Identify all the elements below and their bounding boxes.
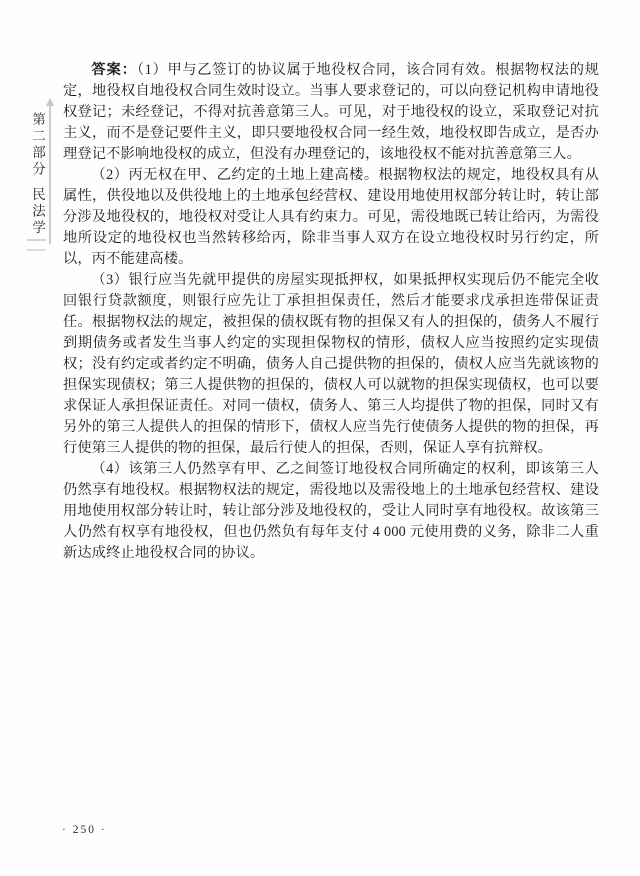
answer-label: 答案：	[91, 62, 137, 78]
section-sidebar: 第二部分 民法学	[0, 0, 60, 300]
section-part-label: 第二部分	[27, 112, 47, 178]
page-number: · 250 ·	[62, 824, 107, 836]
paragraph-3-text: （3）银行应当先就甲提供的房屋实现抵押权，如果抵押权实现后仍不能完全收回银行贷款…	[63, 272, 599, 456]
paragraph-1-text: （1）甲与乙签订的协议属于地役权合同，该合同有效。根据物权法的规定，地役权自地役…	[63, 62, 599, 162]
answer-paragraph-2: （2）丙无权在甲、乙约定的土地上建高楼。根据物权法的规定，地役权具有从属性，供役…	[63, 165, 599, 270]
section-subject-label: 民法学	[27, 187, 47, 237]
arrow-shaft	[49, 105, 51, 244]
answer-paragraph-1: 答案：（1）甲与乙签订的协议属于地役权合同，该合同有效。根据物权法的规定，地役权…	[63, 60, 599, 165]
section-label: 第二部分 民法学	[27, 112, 47, 237]
paragraph-2-text: （2）丙无权在甲、乙约定的土地上建高楼。根据物权法的规定，地役权具有从属性，供役…	[63, 167, 599, 267]
book-page: 第二部分 民法学 答案：（1）甲与乙签订的协议属于地役权合同，该合同有效。根据物…	[0, 0, 640, 876]
answer-paragraph-4: （4）该第三人仍然享有甲、乙之间签订地役权合同所确定的权利，即该第三人仍然享有地…	[63, 459, 599, 564]
decorative-mark	[27, 239, 46, 251]
answer-body: 答案：（1）甲与乙签订的协议属于地役权合同，该合同有效。根据物权法的规定，地役权…	[63, 60, 599, 564]
answer-paragraph-3: （3）银行应当先就甲提供的房屋实现抵押权，如果抵押权实现后仍不能完全收回银行贷款…	[63, 270, 599, 459]
paragraph-4-text: （4）该第三人仍然享有甲、乙之间签订地役权合同所确定的权利，即该第三人仍然享有地…	[63, 461, 599, 561]
up-arrow-icon	[46, 98, 54, 244]
